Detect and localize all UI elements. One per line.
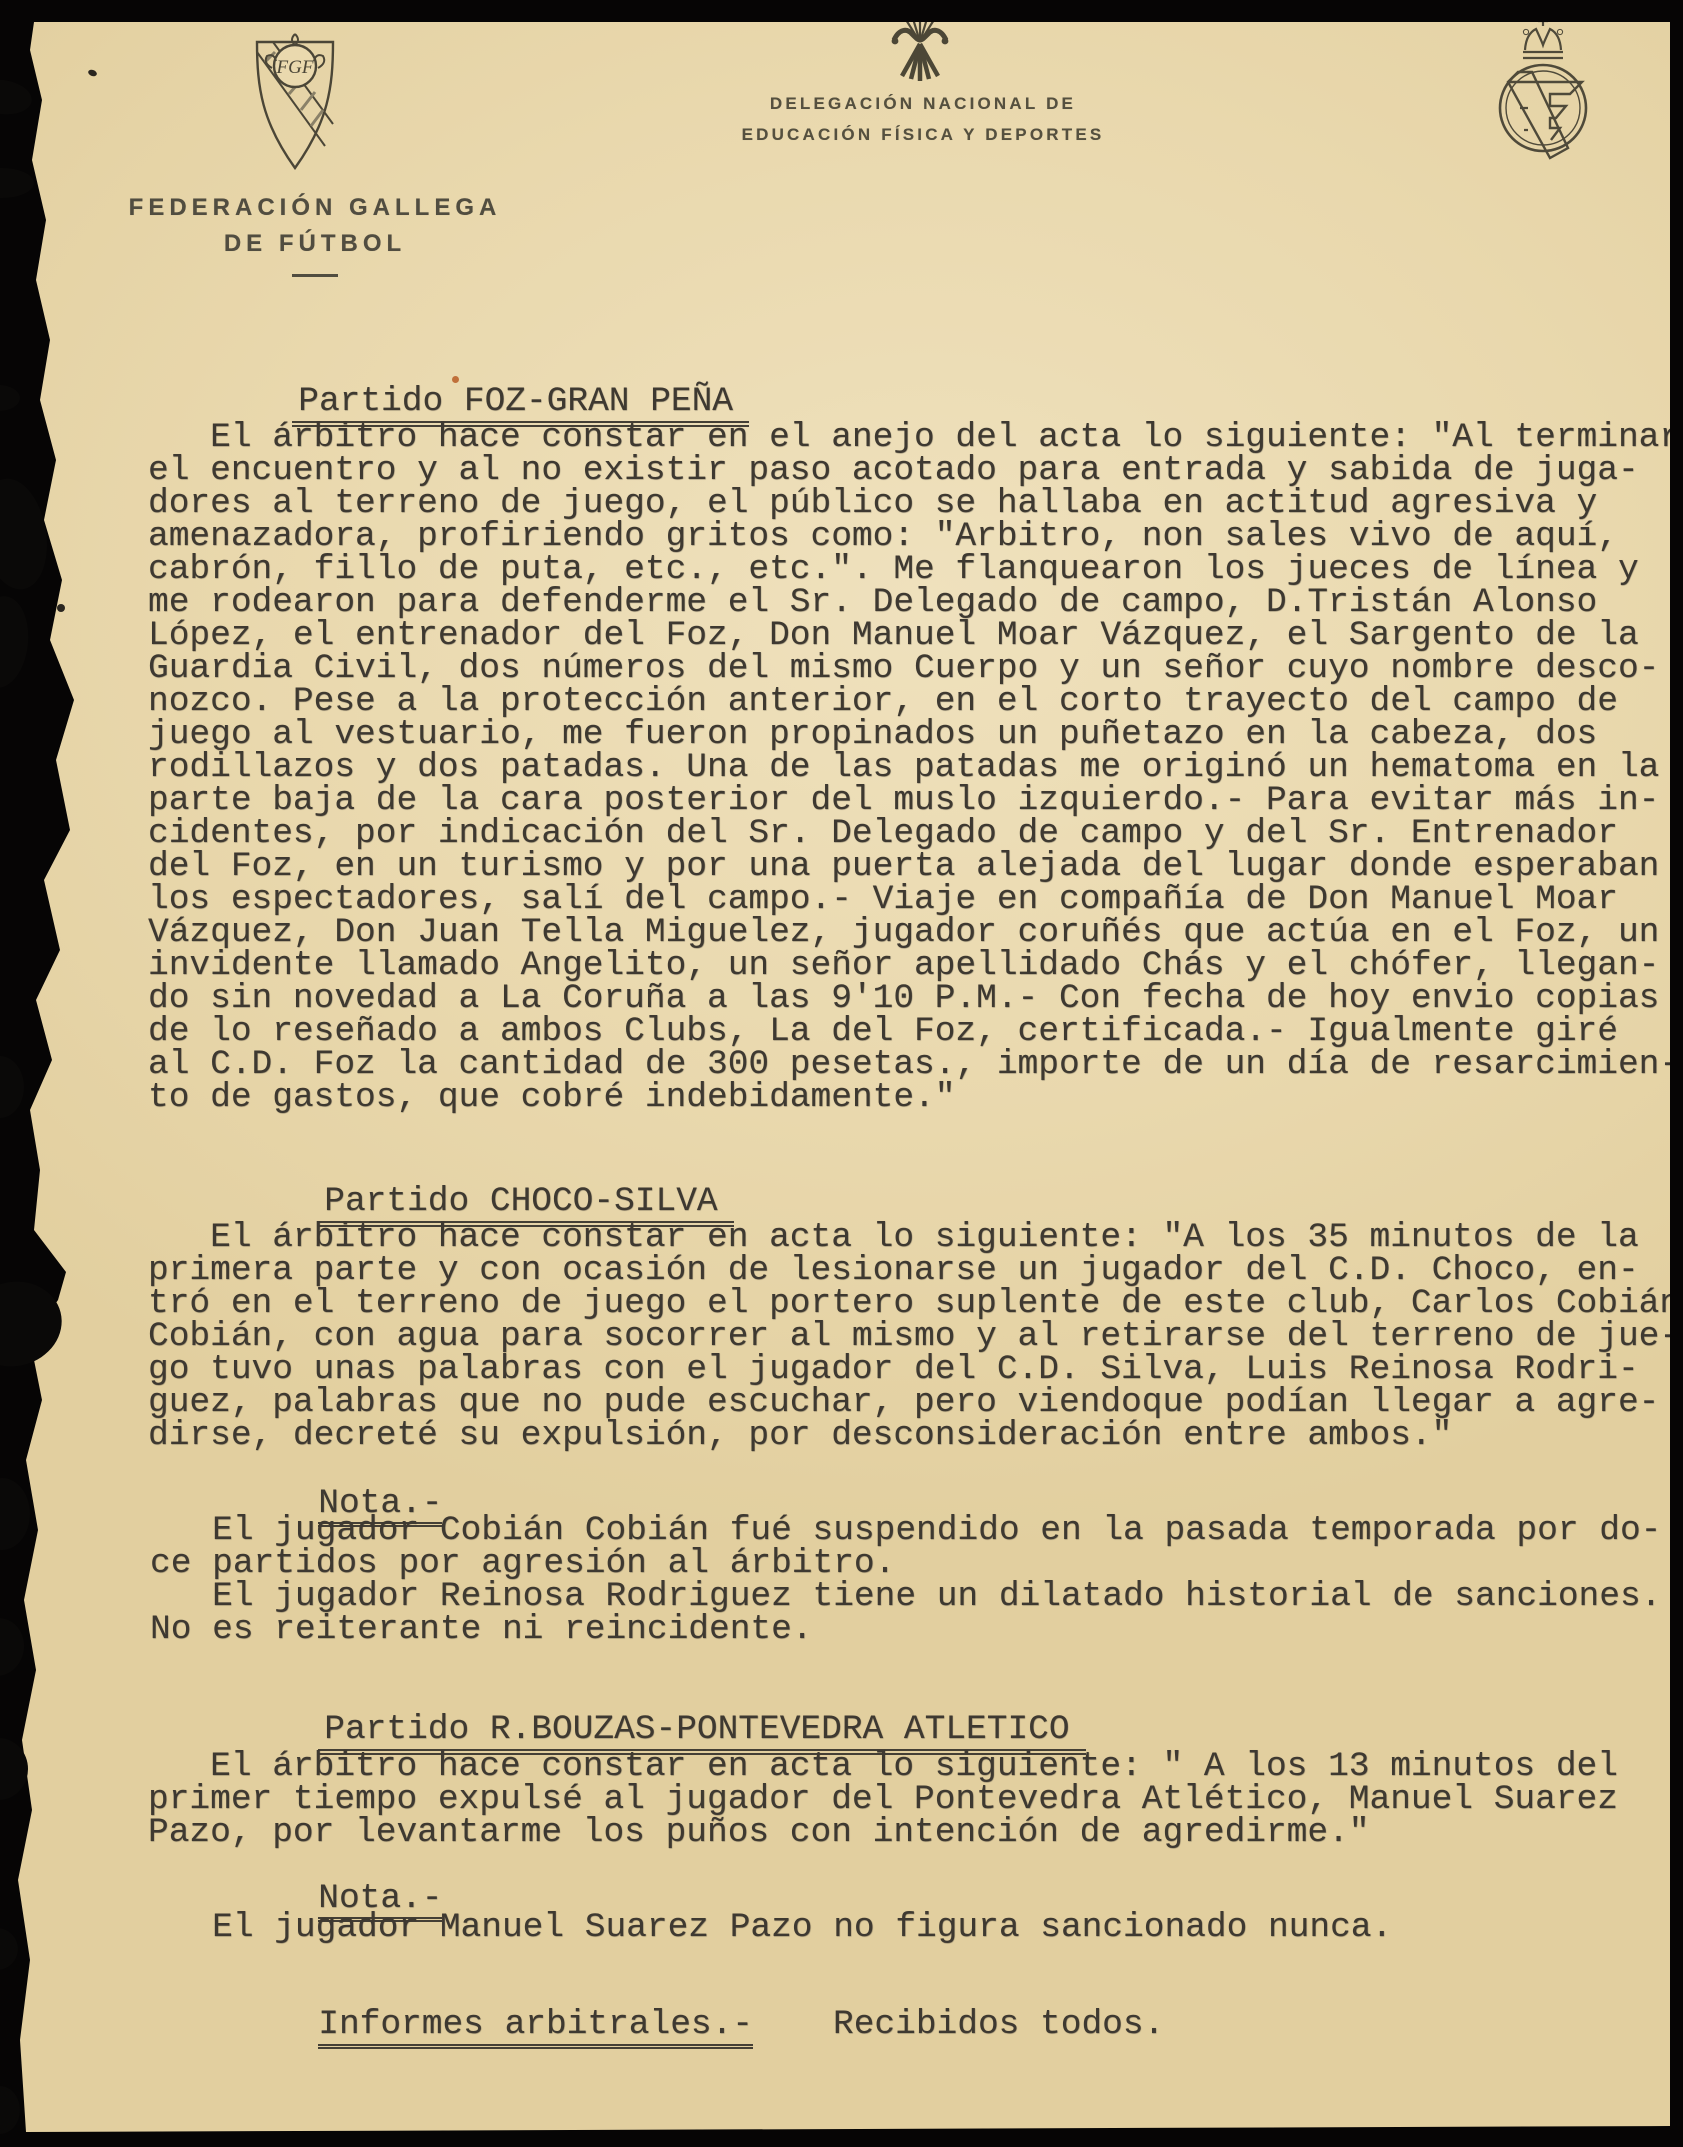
royal-federation-crest-icon xyxy=(1488,12,1598,164)
informes-value: Recibidos todos. xyxy=(833,2008,1164,2041)
tear-blob xyxy=(0,2086,20,2134)
section-3-nota-body: El jugador Manuel Suarez Pazo no figura … xyxy=(150,1911,1392,1944)
delegation-line2: EDUCACIÓN FÍSICA Y DEPORTES xyxy=(678,119,1168,150)
org-name-divider xyxy=(292,274,338,277)
ink-speck xyxy=(87,69,98,78)
ink-speck xyxy=(452,376,459,383)
ink-speck xyxy=(57,604,65,612)
tear-blob xyxy=(0,1478,30,1550)
section-2-nota-body: El jugador Cobián Cobián fué suspendido … xyxy=(150,1514,1661,1646)
yoke-and-arrows-icon xyxy=(889,0,951,82)
org-name-block: FEDERACIÓN GALLEGA DE FÚTBOL xyxy=(95,190,535,277)
section-2-body: El árbitro hace constar en acta lo sigui… xyxy=(148,1221,1680,1452)
informes-label: Informes arbitrales.- xyxy=(318,2008,753,2049)
section-1-body: El árbitro hace constar en el anejo del … xyxy=(148,421,1680,1114)
tear-blob xyxy=(0,168,34,198)
tear-blob xyxy=(0,76,34,118)
section-3-body: El árbitro hace constar en acta lo sigui… xyxy=(148,1750,1618,1849)
tear-blob xyxy=(0,473,55,594)
fgf-shield-icon: FGF xyxy=(243,26,347,176)
informes-line: Informes arbitrales.-Recibidos todos. xyxy=(194,1975,1164,2082)
delegation-line1: DELEGACIÓN NACIONAL DE xyxy=(678,88,1168,119)
tear-blob xyxy=(0,385,20,411)
org-name-line1: FEDERACIÓN GALLEGA xyxy=(95,190,535,226)
tear-blob xyxy=(0,1614,29,1680)
document-paper: FGF FEDERACIÓN GALLEGA DE FÚTBOL xyxy=(0,0,1683,2147)
delegation-caption: DELEGACIÓN NACIONAL DE EDUCACIÓN FÍSICA … xyxy=(678,88,1168,150)
tear-blob xyxy=(0,593,33,690)
svg-text:FGF: FGF xyxy=(276,57,314,78)
tear-blob xyxy=(0,1928,18,1970)
org-name-line2: DE FÚTBOL xyxy=(95,226,535,262)
scanned-document-page: FGF FEDERACIÓN GALLEGA DE FÚTBOL xyxy=(0,0,1683,2147)
tear-blob xyxy=(0,1056,24,1118)
